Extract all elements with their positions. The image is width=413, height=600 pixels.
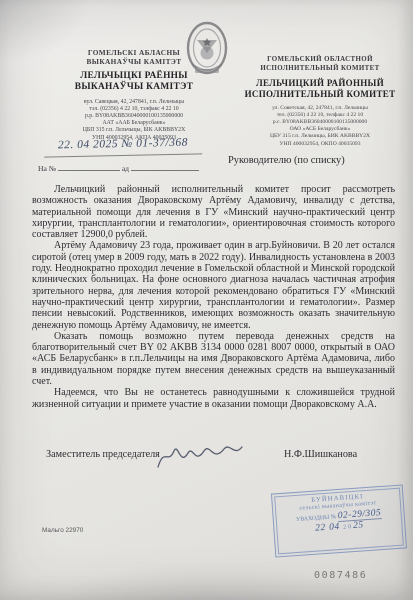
letterhead-title-line: ВЫКАНАЎЧЫ КАМІТЭТ [46, 82, 222, 93]
letterhead-org-line: ГОМЕЛЬСКИЙ ОБЛАСТНОЙ [240, 56, 400, 65]
blank-rule [58, 162, 120, 171]
print-order-code: Мальго 22970 [42, 527, 83, 534]
outgoing-date-number-handwritten: 22. 04 2025 № 01-37/368 [44, 136, 202, 157]
letterhead-org-line: ИСПОЛНИТЕЛЬНЫЙ КОМИТЕТ [240, 65, 400, 74]
letterhead-russian: ГОМЕЛЬСКИЙ ОБЛАСТНОЙ ИСПОЛНИТЕЛЬНЫЙ КОМИ… [240, 56, 400, 148]
paragraph: Надеемся, что Вы не останетесь равнодушн… [32, 387, 395, 410]
paragraph: Оказать помощь возможно путем перевода д… [32, 331, 395, 387]
letterhead-title-line: ЛЕЛЬЧИЦКИЙ РАЙОННЫЙ [240, 78, 400, 89]
letterhead-belarusian: ГОМЕЛЬСКІ АБЛАСНЫ ВЫКАНАЎЧЫ КАМІТЭТ ЛЕЛЬ… [46, 48, 222, 142]
letterhead-title-line: ЛЕЛЬЧЫЦКІ РАЁННЫ [46, 71, 222, 82]
blank-rule [131, 162, 199, 171]
incoming-stamp: БУЙНАВІЦКІ сельскі выканаўчы камітэт УВА… [271, 484, 407, 557]
incoming-reference-line: На № ад [38, 162, 199, 173]
address-line: ОАО «АСБ Беларусбанк» [240, 126, 400, 133]
on-no-label: На № [38, 164, 56, 173]
stamp-month-handwritten: 04 [329, 521, 340, 532]
stamp-year-prefix: 20 [343, 524, 353, 531]
letter-body: Лельчицкий районный исполнительный комит… [32, 184, 395, 410]
letterhead-address: вул. Савецкая, 42, 247841, г.п. Лельчыцы… [46, 99, 222, 142]
paragraph: Артёму Адамовичу 23 года, проживает один… [32, 240, 395, 330]
scanned-letter-page: ГОМЕЛЬСКІ АБЛАСНЫ ВЫКАНАЎЧЫ КАМІТЭТ ЛЕЛЬ… [0, 0, 413, 600]
signature-handwritten [150, 437, 250, 475]
address-line: УНП 400032954, ОКПО 40035093 [240, 141, 400, 148]
address-line: тэл. (02356) 4 22 10, тэлфакс 4 22 10 [46, 106, 222, 113]
address-line: вул. Савецкая, 42, 247841, г.п. Лельчыцы [46, 99, 222, 106]
stamp-day-handwritten: 22 [315, 522, 326, 533]
from-label: ад [122, 164, 129, 173]
letterhead-title-line: ИСПОЛНИТЕЛЬНЫЙ КОМИТЕТ [240, 89, 400, 100]
signer-name: Н.Ф.Шишканова [284, 449, 357, 460]
signer-position: Заместитель председателя [46, 449, 160, 460]
stamp-year-handwritten: 25 [353, 520, 364, 531]
address-line: ул. Советская, 42, 247841, г.п. Лельчицы [240, 105, 400, 112]
letterhead-org-line: ГОМЕЛЬСКІ АБЛАСНЫ [46, 48, 222, 57]
paragraph: Лельчицкий районный исполнительный комит… [32, 184, 395, 240]
address-line: ЦБП 315 г.п. Лельчыцы, БІК AKBBBY2X [46, 127, 222, 134]
address-line: тел. (02356) 4 22 10, телфакс 4 22 10 [240, 112, 400, 119]
recipient-line: Руководителю (по списку) [228, 155, 345, 166]
letterhead-org-line: ВЫКАНАЎЧЫ КАМІТЭТ [46, 57, 222, 66]
form-serial-number: 0087486 [314, 570, 367, 581]
incoming-stamp-frame: БУЙНАВІЦКІ сельскі выканаўчы камітэт УВА… [274, 488, 404, 555]
letterhead-address: ул. Советская, 42, 247841, г.п. Лельчицы… [240, 105, 400, 148]
address-line: ААТ «ААБ Беларусбанк» [46, 120, 222, 127]
address-line: ЦБУ 315 г.п. Лельчицы, БИК AKBBBY2X [240, 133, 400, 140]
